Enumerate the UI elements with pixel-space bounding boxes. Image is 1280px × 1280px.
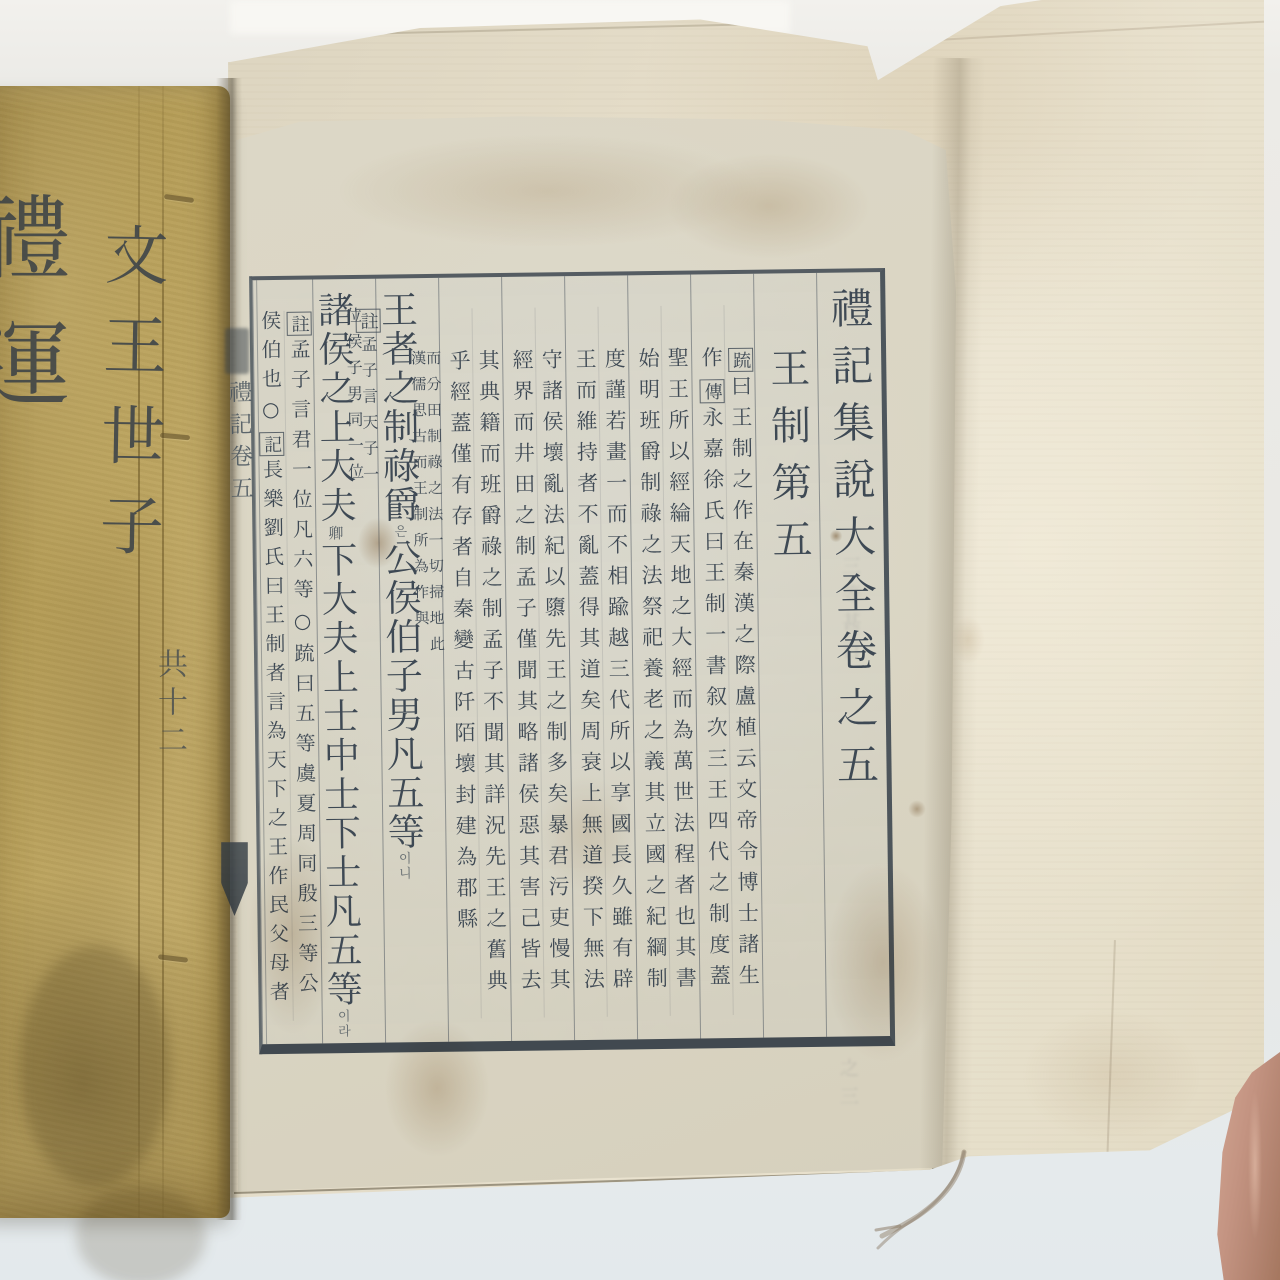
paper-stain xyxy=(906,798,928,820)
commentary-column: 守諸侯壞亂法紀以隳先王之制多矣暴君污吏慢其 經界而井田之制孟子僅聞其略諸侯惡其害… xyxy=(501,276,575,1041)
center-fold-title: 禮記卷五 xyxy=(226,380,251,508)
gugyeol-mark: 이니 xyxy=(396,851,411,881)
cover-title-partial: 禮運 xyxy=(0,190,62,442)
paper-stain xyxy=(946,608,990,672)
finger-highlight xyxy=(1248,1090,1262,1240)
commentary-text: 乎經蓋僅有存者自秦變古阡陌壞封建為郡縣 xyxy=(448,349,477,938)
fold-ornament xyxy=(225,328,249,374)
page-stack-edge xyxy=(874,0,992,52)
section-label-box: 䟽 xyxy=(728,348,753,372)
cover-stain xyxy=(20,946,170,1186)
commentary-text: 經界而井田之制孟子僅聞其略諸侯惡其害己皆去 xyxy=(511,349,541,1000)
commentary-column: 度謹若畫一而不相踰越三代所以享國長久雖有辟 王而維持者不亂蓋得其道矣周衰上無道揆… xyxy=(564,275,638,1040)
paper-stain xyxy=(634,136,904,276)
paper-stain xyxy=(350,508,406,578)
commentary-column: 其典籍而班爵祿之制孟子不聞其詳況先王之舊典 乎經蓋僅有存者自秦變古阡陌壞封建為郡… xyxy=(438,277,512,1042)
paper-stain xyxy=(370,1000,504,1176)
commentary-text: 䟽曰王制之作在秦漢之際盧植云文帝令博士諸生 xyxy=(729,346,758,995)
section-label-box: 記 xyxy=(259,432,284,456)
paper-stain xyxy=(236,806,348,1062)
gugyeol-mark: 이라 xyxy=(335,1009,350,1039)
paper-stain xyxy=(996,990,1226,1160)
cover-stain xyxy=(76,1186,206,1280)
spine-volume-label: 共十二 xyxy=(154,648,184,762)
paper-stain xyxy=(524,756,650,912)
section-label-box: 註 xyxy=(287,312,312,336)
loose-paper-fiber xyxy=(860,1140,990,1250)
commentary-text: 聖王所以經綸天地之大經而為萬世法程者也其書 xyxy=(666,347,696,998)
commentary-column: 䟽曰王制之作在秦漢之際盧植云文帝令博士諸生 作傳永嘉徐氏曰王制一書叙次三王四代之… xyxy=(690,274,764,1039)
binding-stitch xyxy=(164,194,194,203)
commentary-text: 始明班爵制祿之法祭祀養老之義其立國之紀綱制 xyxy=(637,347,667,998)
cover-title: 文王世子 xyxy=(93,221,163,582)
paper-crease xyxy=(882,9,1280,44)
commentary-text: 作傳永嘉徐氏曰王制一書叙次三王四代之制度蓋 xyxy=(700,346,729,995)
shadow-between-books xyxy=(216,78,242,1220)
commentary-text: 其典籍而班爵祿之制孟子不聞其詳況先王之舊典 xyxy=(477,349,507,1000)
gloss-mark: 卿 xyxy=(326,525,344,541)
bleedthrough-text: 三等甚百 xyxy=(840,556,859,668)
chapter-heading: 王制第五 xyxy=(767,347,810,576)
scripture-column-1: 而分田制祿之法一切掃地此 漢儒思古而王制所為作與 王者之制祿爵은公侯伯子男凡五等… xyxy=(375,278,449,1043)
commentary-column: 聖王所以經綸天地之大經而為萬世法程者也其書 始明班爵制祿之法祭祀養老之義其立國之… xyxy=(627,275,701,1040)
scripture-text: 王者之制祿爵은公侯伯子男凡五等이니 xyxy=(377,290,422,881)
section-label-box: 傳 xyxy=(699,379,724,403)
paper-stain xyxy=(810,834,956,1090)
paper-stain xyxy=(828,528,844,544)
photo-of-antique-book: 禮運 文王世子 共十二 禮記集說大全卷之五 王制第五 䟽曰王制之作在秦漢之際盧植… xyxy=(0,0,1280,1280)
